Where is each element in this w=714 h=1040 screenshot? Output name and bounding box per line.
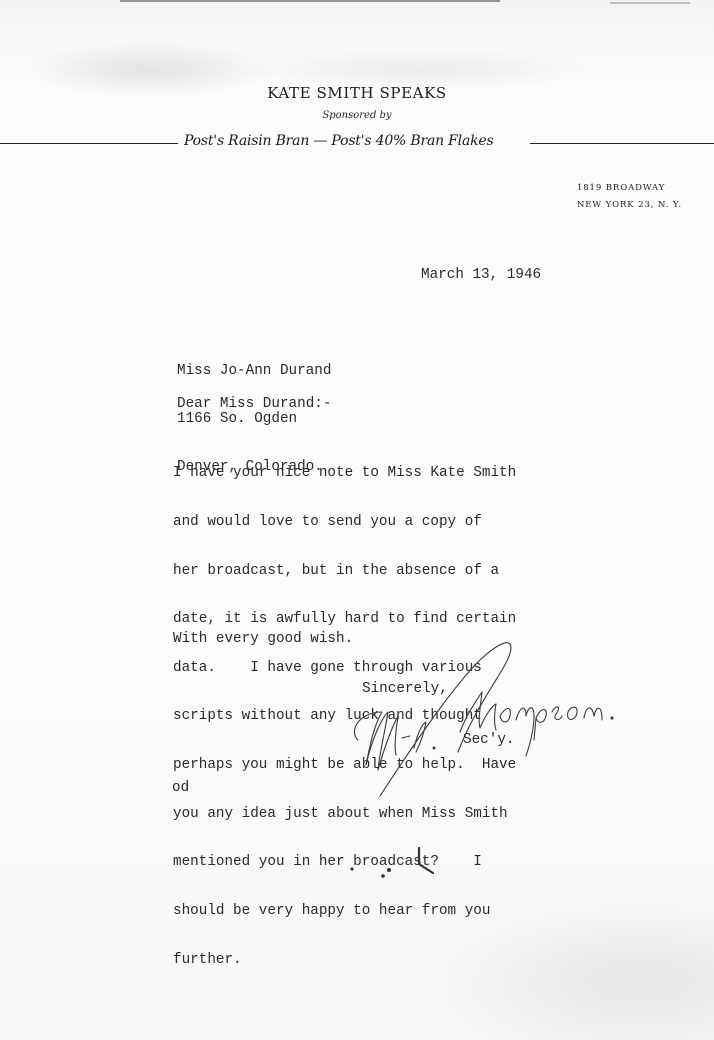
letter-body: I have your nice note to Miss Kate Smith…	[173, 433, 516, 1000]
salutation: Dear Miss Durand:-	[177, 396, 331, 412]
letterhead-rule-left	[0, 143, 178, 144]
body-line: and would love to send you a copy of	[173, 514, 516, 530]
recipient-line: 1166 So. Ogden	[177, 411, 331, 427]
recipient-line: Miss Jo-Ann Durand	[177, 363, 331, 379]
letterhead-title: KATE SMITH SPEAKS	[0, 84, 714, 102]
body-line: scripts without any luck and thought	[173, 708, 516, 724]
body-line: date, it is awfully hard to find certain	[173, 611, 516, 627]
address-line-1: 1819 BROADWAY	[577, 180, 682, 197]
typist-initials: od	[172, 780, 189, 796]
body-line: her broadcast, but in the absence of a	[173, 563, 516, 579]
letterhead-sponsor-products: Post's Raisin Bran — Post's 40% Bran Fla…	[184, 133, 526, 149]
letterhead-rule-right	[530, 143, 714, 144]
ink-specks	[330, 830, 470, 900]
letter-date: March 13, 1946	[421, 267, 541, 283]
body-line: you any idea just about when Miss Smith	[173, 806, 516, 822]
letterhead-address: 1819 BROADWAY NEW YORK 23, N. Y.	[577, 180, 682, 214]
letterhead-sponsored-by: Sponsored by	[0, 110, 714, 121]
paper-edge-shadow	[610, 2, 690, 4]
sign-off: Sincerely,	[362, 681, 448, 697]
paper-edge-shadow	[120, 0, 500, 2]
body-line: further.	[173, 952, 516, 968]
signer-title: Sec'y.	[463, 732, 514, 748]
body-line: perhaps you might be able to help. Have	[173, 757, 516, 773]
closing-wish: With every good wish.	[173, 631, 353, 647]
body-line: should be very happy to hear from you	[173, 903, 516, 919]
letter-page: KATE SMITH SPEAKS Sponsored by Post's Ra…	[0, 0, 714, 1040]
address-line-2: NEW YORK 23, N. Y.	[577, 197, 682, 214]
body-line: I have your nice note to Miss Kate Smith	[173, 465, 516, 481]
body-line: data. I have gone through various	[173, 660, 516, 676]
letterhead-sponsor-row: Post's Raisin Bran — Post's 40% Bran Fla…	[0, 133, 714, 153]
